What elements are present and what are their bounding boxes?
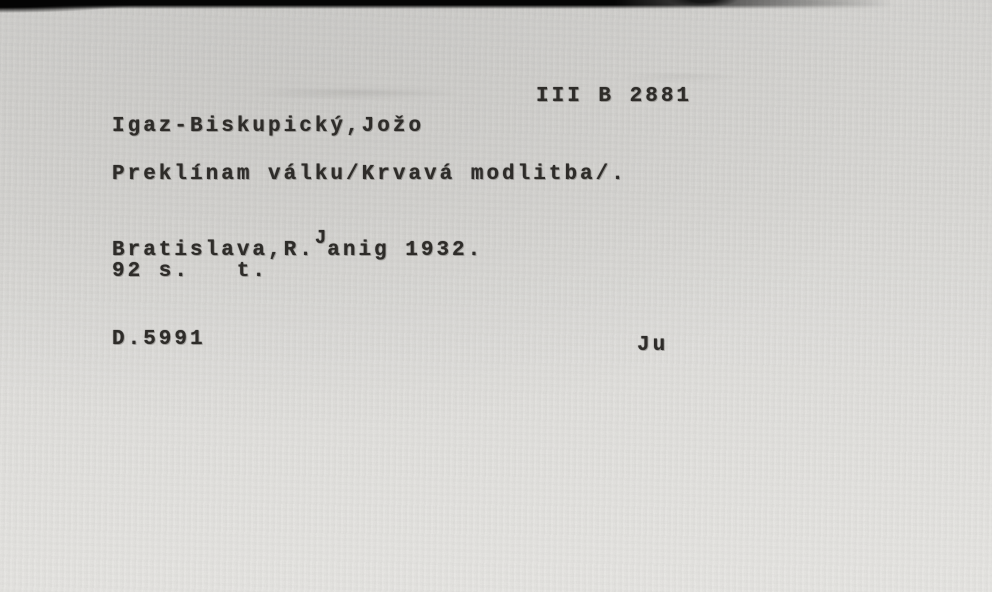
ink-smudge-faint: [600, 70, 760, 84]
collation-line: 92 s. t.: [112, 260, 268, 283]
cataloger-initials: Ju: [637, 334, 668, 357]
scan-edge-blemish: [668, 0, 738, 10]
catalog-card-scan: III B 2881 Igaz-Biskupický,Jožo Preklína…: [0, 0, 992, 592]
imprint-prefix: Bratislava,R.: [112, 239, 315, 262]
author-line: Igaz-Biskupický,Jožo: [112, 115, 424, 138]
paper-texture: [0, 0, 992, 592]
call-number: III B 2881: [536, 85, 692, 108]
imprint-suffix: anig 1932.: [327, 239, 483, 262]
imprint-superscript: J: [315, 227, 327, 249]
imprint-line: Bratislava,R.Janig 1932.: [112, 231, 483, 262]
ink-smudge: [215, 84, 495, 102]
accession-number: D.5991: [112, 328, 206, 351]
title-line: Preklínam válku/Krvavá modlitba/.: [112, 163, 627, 186]
scan-edge-top-left-corner: [0, 0, 150, 13]
